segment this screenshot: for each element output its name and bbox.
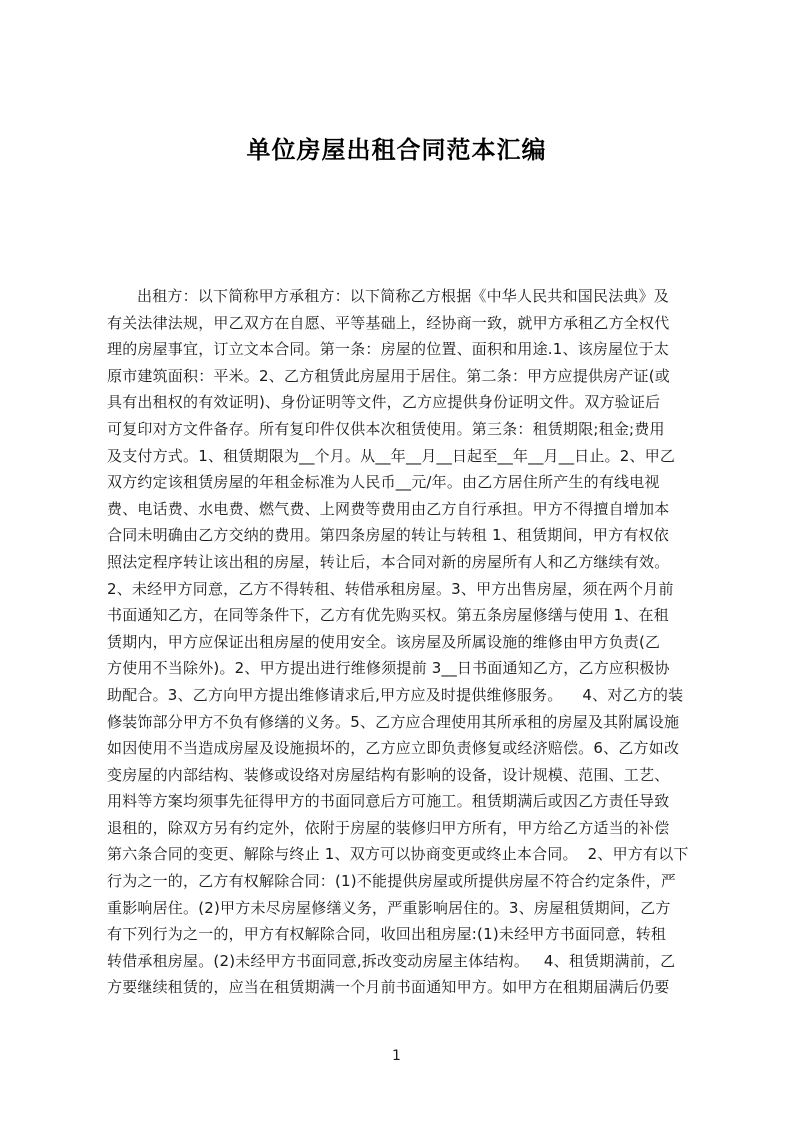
body-text-line: 变房屋的内部结构、装修或设络对房屋结构有影响的设备，设计规模、范围、工艺、 (107, 762, 699, 789)
body-text-line: 2、未经甲方同意，乙方不得转租、转借承租房屋。3、甲方出售房屋，须在两个月前 (107, 576, 699, 603)
document-title: 单位房屋出租合同范本汇编 (0, 133, 793, 167)
body-text-line: 方使用不当除外)。2、甲方提出进行维修须提前 3__日书面通知乙方，乙方应积极协 (107, 655, 699, 682)
body-text-line: 有关法律法规，甲乙双方在自愿、平等基础上，经协商一致，就甲方承租乙方全权代 (107, 310, 699, 337)
body-text-line: 出租方：以下简称甲方承租方：以下简称乙方根据《中华人民共和国民法典》及 (107, 283, 699, 310)
body-text-line: 修装饰部分甲方不负有修缮的义务。5、乙方应合理使用其所承租的房屋及其附属设施 (107, 709, 699, 736)
body-text-line: 具有出租权的有效证明)、身份证明等文件，乙方应提供身份证明文件。双方验证后 (107, 389, 699, 416)
body-text-line: 助配合。3、乙方向甲方提出维修请求后,甲方应及时提供维修服务。 4、对乙方的装 (107, 682, 699, 709)
body-text-line: 退租的，除双方另有约定外，依附于房屋的装修归甲方所有，甲方给乙方适当的补偿 (107, 815, 699, 842)
body-text-line: 照法定程序转让该出租的房屋，转让后，本合同对新的房屋所有人和乙方继续有效。 (107, 549, 699, 576)
document-body: 出租方：以下简称甲方承租方：以下简称乙方根据《中华人民共和国民法典》及有关法律法… (107, 283, 699, 1001)
body-text-line: 书面通知乙方，在同等条件下，乙方有优先购买权。第五条房屋修缮与使用 1、在租 (107, 602, 699, 629)
body-text-line: 第六条合同的变更、解除与终止 1、双方可以协商变更或终止本合同。 2、甲方有以下 (107, 841, 699, 868)
document-page: 单位房屋出租合同范本汇编 出租方：以下简称甲方承租方：以下简称乙方根据《中华人民… (0, 0, 793, 1122)
body-text-line: 如因使用不当造成房屋及设施损坏的，乙方应立即负责修复或经济赔偿。6、乙方如改 (107, 735, 699, 762)
body-text-line: 行为之一的，乙方有权解除合同：(1)不能提供房屋或所提供房屋不符合约定条件，严 (107, 868, 699, 895)
body-text-line: 合同未明确由乙方交纳的费用。第四条房屋的转让与转租 1、租赁期间，甲方有权依 (107, 522, 699, 549)
body-text-line: 重影响居住。(2)甲方未尽房屋修缮义务，严重影响居住的。3、房屋租赁期间，乙方 (107, 895, 699, 922)
body-text-line: 原市建筑面积：平米。2、乙方租赁此房屋用于居住。第二条：甲方应提供房产证(或 (107, 363, 699, 390)
body-text-line: 赁期内，甲方应保证出租房屋的使用安全。该房屋及所属设施的维修由甲方负责(乙 (107, 629, 699, 656)
body-text-line: 费、电话费、水电费、燃气费、上网费等费用由乙方自行承担。甲方不得擅自增加本 (107, 496, 699, 523)
body-text-line: 理的房屋事宜，订立文本合同。第一条：房屋的位置、面积和用途.1、该房屋位于太 (107, 336, 699, 363)
body-text-line: 有下列行为之一的，甲方有权解除合同，收回出租房屋:(1)未经甲方书面同意，转租 (107, 921, 699, 948)
body-text-line: 转借承租房屋。(2)未经甲方书面同意,拆改变动房屋主体结构。 4、租赁期满前，乙 (107, 948, 699, 975)
body-text-line: 用料等方案均须事先征得甲方的书面同意后方可施工。租赁期满后或因乙方责任导致 (107, 788, 699, 815)
body-text-line: 及支付方式。1、租赁期限为__个月。从__年__月__日起至__年__月__日止… (107, 443, 699, 470)
body-text-line: 可复印对方文件备存。所有复印件仅供本次租赁使用。第三条：租赁期限;租金;费用 (107, 416, 699, 443)
page-number: 1 (0, 1046, 793, 1066)
body-text-line: 双方约定该租赁房屋的年租金标准为人民币__元/年。由乙方居住所产生的有线电视 (107, 469, 699, 496)
body-text-line: 方要继续租赁的，应当在租赁期满一个月前书面通知甲方。如甲方在租期届满后仍要 (107, 974, 699, 1001)
